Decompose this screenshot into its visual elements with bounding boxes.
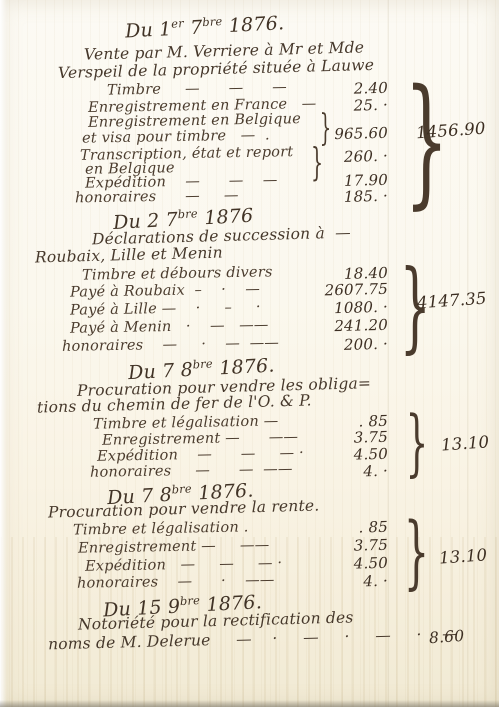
section-total: 13.10 (438, 545, 487, 567)
section-total: 1456.90 (415, 119, 486, 143)
ledger-item-amount: 200. · (288, 335, 388, 356)
ledger-item-amount: 965.60 (288, 124, 388, 145)
fold-line (467, 0, 468, 707)
section-total: 4147.35 (416, 289, 487, 313)
ledger-item-amount: 4. · (288, 572, 388, 593)
total-brace-icon: } (404, 72, 449, 212)
date-part-superscript: bre (177, 206, 198, 221)
total-brace-icon: } (404, 512, 429, 592)
ledger-item-amount: 260. · (288, 147, 388, 168)
ledger-item-label: honoraires — · — —— (62, 335, 279, 355)
entry-date: Du 1er 7bre 1876. (124, 11, 284, 43)
ledger-item-label: Enregistrement — —— (78, 537, 270, 556)
date-part-superscript: bre (202, 14, 223, 29)
entry-description: Procuration pour vendre la rente. (48, 496, 320, 521)
ledger-item-amount: 4. · (288, 462, 388, 483)
section-total: 8.60 (428, 627, 464, 647)
ledger-item-amount: 185. · (288, 187, 388, 208)
ledger-item-label: honoraires — — (75, 188, 239, 207)
page-left-edge (0, 0, 7, 707)
date-part-superscript: bre (192, 356, 213, 371)
date-part-superscript: bre (171, 481, 192, 496)
ledger-item-label: Payé à Lille — · – · (70, 299, 261, 318)
ledger-item-label: Payé à Menin · — —— (70, 317, 269, 336)
date-part-superscript: bre (180, 593, 201, 608)
date-part: 7 (183, 16, 203, 39)
ledger-item-amount: 25. · (288, 96, 388, 117)
date-part: 1876. (222, 12, 285, 37)
total-brace-icon: } (405, 406, 428, 478)
fold-line (388, 0, 389, 707)
date-part-superscript: er (171, 16, 184, 31)
ledger-item-label: honoraires — — —— (90, 461, 293, 481)
ledger-item-label: Timbre — — — (107, 79, 287, 98)
ledger-item-label: Timbre et légalisation . (73, 519, 249, 538)
ledger-item-label: Payé à Roubaix – · — (70, 281, 260, 300)
entry-description: Roubaix, Lille et Menin (35, 244, 223, 267)
ledger-item-label: honoraires — · —— (77, 572, 275, 591)
ledger-item-label: et visa pour timbre — . (82, 127, 270, 146)
ledger-page: Du 1er 7bre 1876. Vente par M. Verriere … (0, 0, 499, 707)
section-total: 13.10 (440, 432, 489, 454)
ledger-item-amount: 241.20 (288, 316, 388, 337)
page-bottom-edge (0, 700, 499, 707)
date-part: Du 1 (125, 18, 172, 42)
